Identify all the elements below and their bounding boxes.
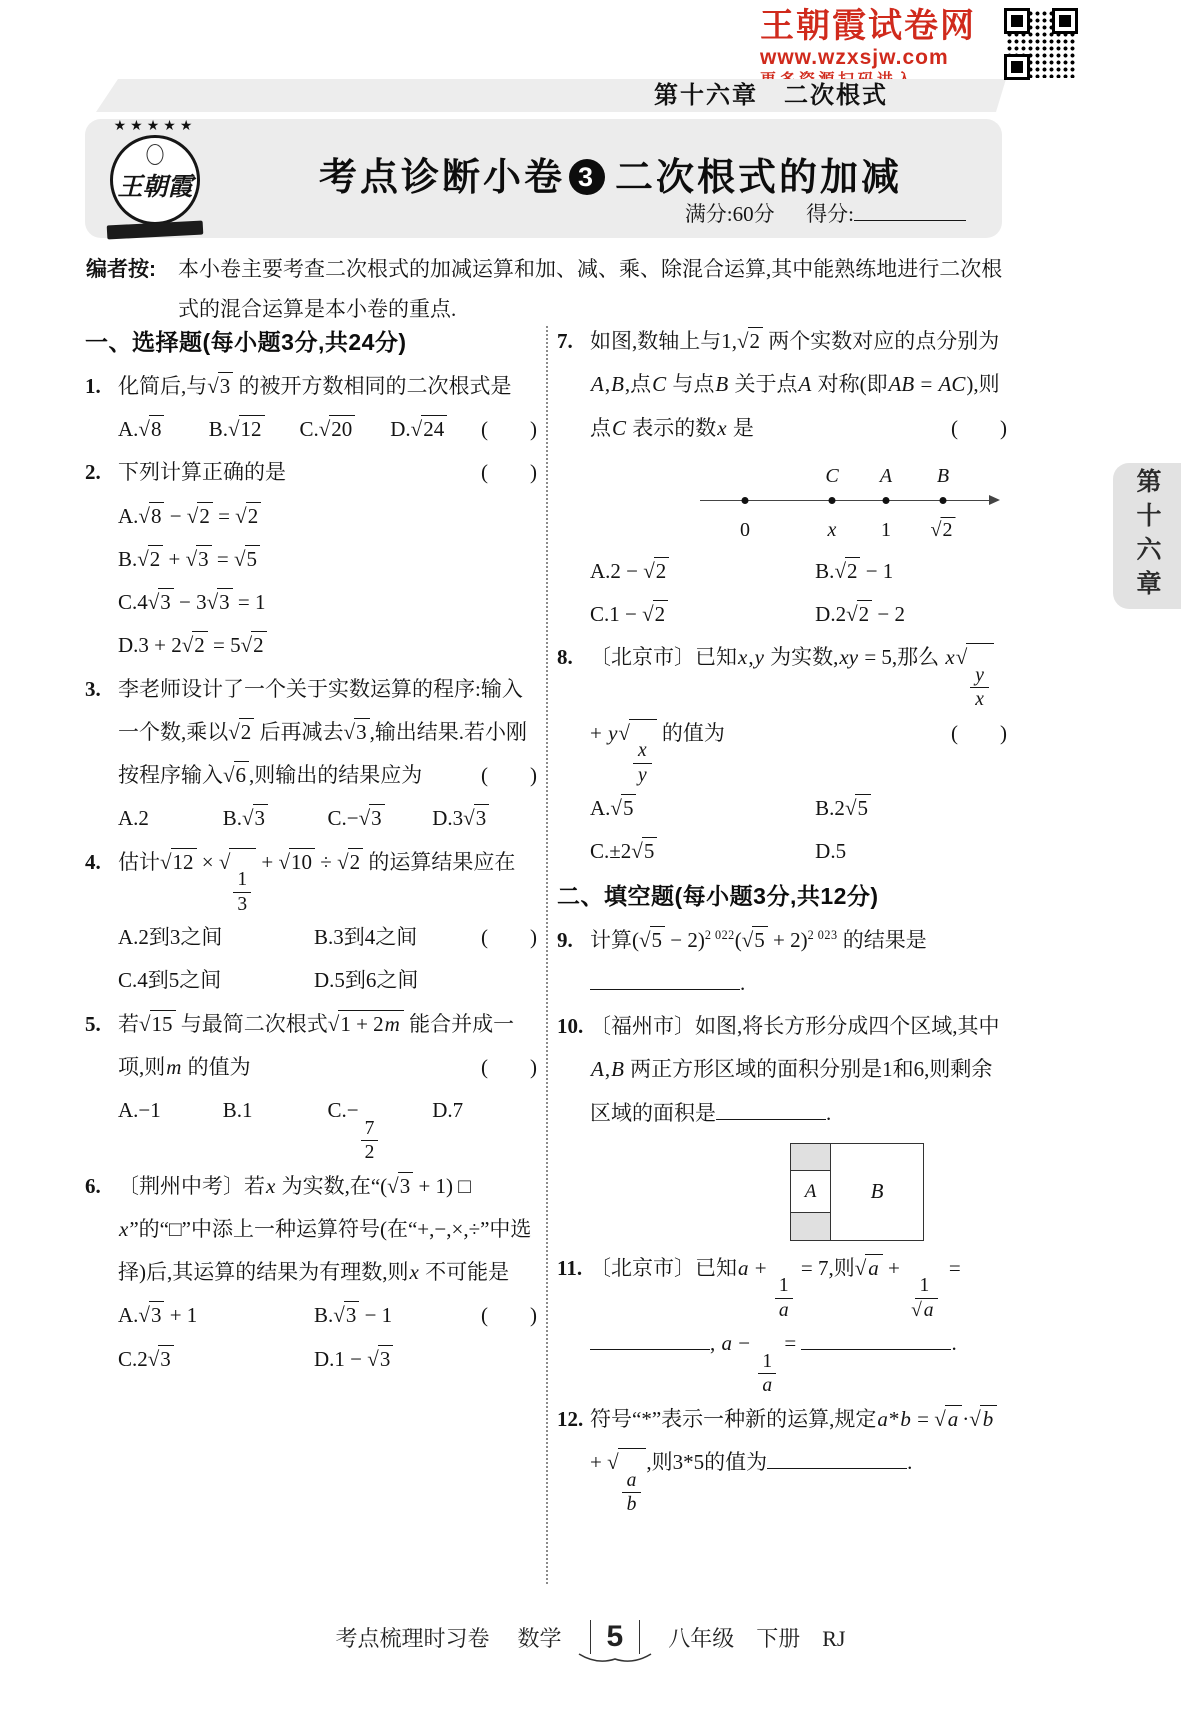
question-7: 7.如图,数轴上与1,√2 两个实数对应的点分别为A,B,点C 与点B 关于点A… <box>557 320 1007 636</box>
option: C.√20 <box>300 408 391 451</box>
options: A.√8 B.√12 C.√20 D.√24 <box>118 408 481 451</box>
axis-tick-label: √2 <box>931 510 956 551</box>
answer-bracket: ( ) <box>481 462 537 483</box>
column-divider <box>546 326 548 1584</box>
option: B.√2 + √3 = √5 <box>118 538 537 581</box>
option: A.−1 <box>118 1089 223 1164</box>
answer-bracket: ( ) <box>951 723 1007 744</box>
answer-bracket: ( ) <box>951 418 1007 439</box>
axis-arrow-icon <box>989 495 1000 505</box>
question-3: 3.李老师设计了一个关于实数运算的程序:输入一个数,乘以√2 后再减去√3,输出… <box>85 668 537 841</box>
score-label: 得分: <box>806 202 854 226</box>
page-number: 5 <box>607 1620 624 1654</box>
option: B.√3 <box>223 797 328 840</box>
options: A.2到3之间 B.3到4之间 C.4到5之间 D.5到6之间 <box>118 916 481 1003</box>
option: C.±2√5 <box>590 830 815 873</box>
axis-tick-label: 1 <box>881 510 891 551</box>
shaded-region <box>791 1213 831 1240</box>
brand-name: 王朝霞试卷网 <box>760 8 976 45</box>
number-line-figure: C A B 0 x 1 √2 <box>700 454 1000 548</box>
region-a-label: A <box>791 1171 831 1213</box>
editor-note-label: 编者按: <box>86 251 178 290</box>
option: B.1 <box>223 1089 328 1164</box>
option: B.√3 − 1 <box>314 1294 481 1337</box>
question-number: 4. <box>85 841 118 884</box>
region-b-label: B <box>831 1144 923 1240</box>
option: B.2√5 <box>815 787 1007 830</box>
axis-point <box>742 497 749 504</box>
brand-url: www.wzxsjw.com <box>760 45 976 70</box>
question-4: 4.估计√12 × √13 + √10 ÷ √2 的运算结果应在( ) A.2到… <box>85 841 537 1003</box>
page-number-book: 5 <box>590 1620 641 1654</box>
left-column: 一、选择题(每小题3分,共24分) 1.化简后,与√3 的被开方数相同的二次根式… <box>85 320 537 1381</box>
page-title: 考点诊断小卷3二次根式的加减 <box>235 146 986 201</box>
footer-grade: 八年级 下册 RJ <box>668 1622 845 1653</box>
options: A.√5 B.2√5 C.±2√5 D.5 <box>590 787 1007 874</box>
question-text: 估计√12 × √13 + √10 ÷ √2 的运算结果应在 <box>118 850 515 874</box>
footer-series: 考点梳理时习卷 <box>336 1622 490 1653</box>
section1-heading: 一、选择题(每小题3分,共24分) <box>85 320 537 365</box>
question-text: 〔福州市〕如图,将长方形分成四个区域,其中A,B 两正方形区域的面积分别是1和6… <box>590 1014 1000 1125</box>
title-prefix: 考点诊断小卷 <box>319 157 565 199</box>
question-text: 化简后,与√3 的被开方数相同的二次根式是 <box>118 374 512 398</box>
options: A.2 B.√3 C.−√3 D.3√3 <box>118 797 537 840</box>
option: D.3 + 2√2 = 5√2 <box>118 624 537 667</box>
title-number-badge: 3 <box>569 159 605 195</box>
option: C.4到5之间 <box>118 959 314 1002</box>
question-10: 10.〔福州市〕如图,将长方形分成四个区域,其中A,B 两正方形区域的面积分别是… <box>557 1005 1007 1241</box>
answer-bracket: ( ) <box>481 419 537 440</box>
question-1: 1.化简后,与√3 的被开方数相同的二次根式是( ) A.√8 B.√12 C.… <box>85 365 537 452</box>
logo-stars-icon: ★★★★★ <box>99 118 211 135</box>
options: A.√3 + 1 B.√3 − 1 C.2√3 D.1 − √3 <box>118 1294 481 1381</box>
question-number: 9. <box>557 919 590 962</box>
publisher-logo: ★★★★★ 王朝霞 <box>99 121 211 237</box>
qr-eye-icon <box>1004 8 1030 34</box>
logo-portrait-icon <box>147 144 164 165</box>
options: A.−1 B.1 C.−72 D.7 <box>118 1089 537 1164</box>
score-line: 满分:60分 得分: <box>685 198 966 228</box>
options: A.2 − √2 B.√2 − 1 C.1 − √2 D.2√2 − 2 <box>590 550 1007 637</box>
option: A.√3 + 1 <box>118 1294 314 1337</box>
answer-bracket: ( ) <box>481 1057 537 1078</box>
axis-point <box>829 497 836 504</box>
question-text: 李老师设计了一个关于实数运算的程序:输入一个数,乘以√2 后再减去√3,输出结果… <box>118 677 527 788</box>
content-columns: 一、选择题(每小题3分,共24分) 1.化简后,与√3 的被开方数相同的二次根式… <box>85 320 1007 1584</box>
option: A.2到3之间 <box>118 916 314 959</box>
qr-eye-icon <box>1004 54 1030 80</box>
brand-block: 王朝霞试卷网 www.wzxsjw.com 更多资源扫码进入 → <box>760 8 976 92</box>
option: C.1 − √2 <box>590 593 815 636</box>
option: D.2√2 − 2 <box>815 593 1007 636</box>
full-score-label: 满分:60分 <box>685 202 775 226</box>
question-text: 计算(√5 − 2)2 022(√5 + 2)2 023 的结果是. <box>590 928 927 995</box>
axis-tick-label: x <box>827 510 838 551</box>
right-column: 7.如图,数轴上与1,√2 两个实数对应的点分别为A,B,点C 与点B 关于点A… <box>557 320 1007 1516</box>
option: B.√12 <box>209 408 300 451</box>
option: C.4√3 − 3√3 = 1 <box>118 581 537 624</box>
answer-bracket: ( ) <box>481 1305 537 1326</box>
question-text: 下列计算正确的是 <box>118 460 286 484</box>
option: D.1 − √3 <box>314 1338 481 1381</box>
question-number: 7. <box>557 320 590 363</box>
footer-subject: 数学 <box>518 1622 562 1653</box>
question-number: 1. <box>85 365 118 408</box>
section2-heading: 二、填空题(每小题3分,共12分) <box>557 874 1007 919</box>
question-text: 如图,数轴上与1,√2 两个实数对应的点分别为A,B,点C 与点B 关于点A 对… <box>590 329 1000 440</box>
question-text: 若√15 与最简二次根式√1 + 2m 能合并成一项,则m 的值为 <box>118 1012 514 1079</box>
axis-label: A <box>879 456 893 497</box>
worksheet-page: 王朝霞试卷网 www.wzxsjw.com 更多资源扫码进入 → 第十六章 二次… <box>0 0 1181 1730</box>
answer-bracket: ( ) <box>481 927 537 948</box>
question-number: 12. <box>557 1398 590 1441</box>
question-number: 5. <box>85 1003 118 1046</box>
axis-point <box>883 497 890 504</box>
option: B.√2 − 1 <box>815 550 1007 593</box>
question-text: 〔荆州中考〕若x 为实数,在“(√3 + 1) □ x”的“□”中添上一种运算符… <box>118 1174 531 1285</box>
question-12: 12.符号“*”表示一种新的运算,规定a*b = √a·√b + √ab,则3*… <box>557 1398 1007 1517</box>
option: D.7 <box>432 1089 537 1164</box>
options: A.√8 − √2 = √2 B.√2 + √3 = √5 C.4√3 − 3√… <box>118 495 537 668</box>
editor-note: 编者按:本小卷主要考查二次根式的加减运算和加、减、乘、除混合运算,其中能熟练地进… <box>86 250 1004 329</box>
question-number: 8. <box>557 636 590 679</box>
axis-label: B <box>936 456 950 497</box>
option: A.√8 − √2 = √2 <box>118 495 537 538</box>
qr-code-icon <box>1004 8 1078 80</box>
option: C.2√3 <box>118 1338 314 1381</box>
option: C.−√3 <box>328 797 433 840</box>
question-text: 符号“*”表示一种新的运算,规定a*b = √a·√b + √ab,则3*5的值… <box>590 1407 997 1474</box>
option: A.2 − √2 <box>590 550 815 593</box>
question-number: 11. <box>557 1247 590 1290</box>
option: C.−72 <box>328 1089 433 1164</box>
question-8: 8.〔北京市〕已知x,y 为实数,xy = 5,那么 x√yx + y√xy 的… <box>557 636 1007 873</box>
editor-note-body: 本小卷主要考查二次根式的加减运算和加、减、乘、除混合运算,其中能熟练地进行二次根… <box>178 257 1002 321</box>
axis-point <box>940 497 947 504</box>
masthead: ★★★★★ 王朝霞 考点诊断小卷3二次根式的加减 满分:60分 得分: <box>85 119 1002 238</box>
open-book-icon <box>576 1652 654 1666</box>
chapter-banner: 第十六章 二次根式 <box>96 79 1006 112</box>
option: A.√5 <box>590 787 815 830</box>
question-number: 2. <box>85 451 118 494</box>
question-5: 5.若√15 与最简二次根式√1 + 2m 能合并成一项,则m 的值为( ) A… <box>85 1003 537 1165</box>
question-2: 2.下列计算正确的是( ) A.√8 − √2 = √2 B.√2 + √3 =… <box>85 451 537 667</box>
rectangle-figure: A B <box>790 1143 924 1241</box>
score-blank <box>854 199 966 221</box>
question-text: 〔北京市〕已知x,y 为实数,xy = 5,那么 x√yx + y√xy 的值为 <box>590 645 994 744</box>
title-main: 二次根式的加减 <box>615 157 902 199</box>
question-6: 6.〔荆州中考〕若x 为实数,在“(√3 + 1) □ x”的“□”中添上一种运… <box>85 1165 537 1381</box>
logo-ribbon <box>107 220 204 239</box>
option: D.5到6之间 <box>314 959 481 1002</box>
answer-bracket: ( ) <box>481 765 537 786</box>
option: A.2 <box>118 797 223 840</box>
question-9: 9.计算(√5 − 2)2 022(√5 + 2)2 023 的结果是. <box>557 919 1007 1006</box>
option: B.3到4之间 <box>314 916 481 959</box>
logo-circle: 王朝霞 <box>110 135 200 225</box>
option: D.3√3 <box>432 797 537 840</box>
logo-name: 王朝霞 <box>113 167 197 203</box>
axis-tick-label: 0 <box>740 510 750 551</box>
question-number: 6. <box>85 1165 118 1208</box>
shaded-region <box>791 1144 831 1171</box>
chapter-side-tab: 第十六章 <box>1113 463 1181 609</box>
qr-eye-icon <box>1052 8 1078 34</box>
question-11: 11.〔北京市〕已知a + 1a = 7,则√a + 1√a = , a − 1… <box>557 1247 1007 1398</box>
question-number: 10. <box>557 1005 590 1048</box>
question-number: 3. <box>85 668 118 711</box>
question-text: 〔北京市〕已知a + 1a = 7,则√a + 1√a = , a − 1a =… <box>590 1256 961 1355</box>
axis-label: C <box>824 456 839 497</box>
option: D.5 <box>815 830 1007 873</box>
option: D.√24 <box>390 408 481 451</box>
option: A.√8 <box>118 408 209 451</box>
page-footer: 考点梳理时习卷 数学 5 八年级 下册 RJ <box>0 1620 1181 1654</box>
